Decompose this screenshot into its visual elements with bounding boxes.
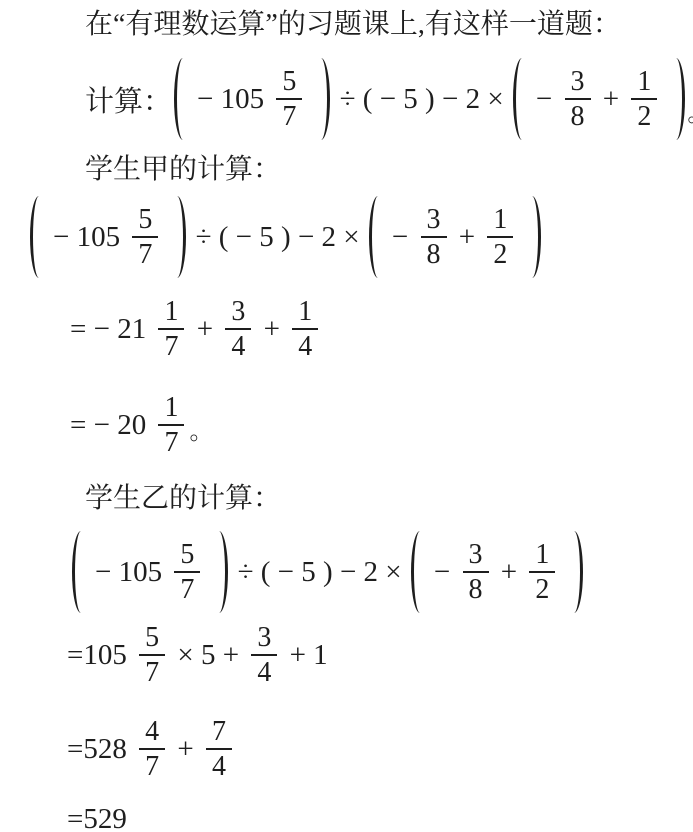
big-paren-close-icon <box>312 58 330 140</box>
numerator: 3 <box>421 204 447 236</box>
math-text: 计算： <box>85 79 172 120</box>
math-text: − <box>536 83 560 116</box>
numerator: 5 <box>174 539 200 571</box>
problem-formula: 计算：− 105 57 ÷ ( − 5 ) − 2 × − 38 + 12。 <box>85 58 693 140</box>
math-text: = − 20 <box>70 409 153 442</box>
math-text: =529 <box>67 803 127 832</box>
fraction: 12 <box>529 539 555 605</box>
math-text: =528 <box>67 733 134 766</box>
math-text: × 5 + <box>170 639 246 672</box>
numerator: 1 <box>158 296 184 328</box>
denominator: 7 <box>158 328 184 362</box>
math-text: ÷ ( − 5 ) − 2 × <box>188 221 367 254</box>
fraction: 57 <box>132 204 158 270</box>
big-paren-close-icon <box>523 196 541 278</box>
math-text: + 1 <box>282 639 327 672</box>
denominator: 2 <box>631 98 657 132</box>
math-text: + <box>452 221 483 254</box>
full-stop-mark: 。 <box>687 93 693 128</box>
math-text: ÷ ( − 5 ) − 2 × <box>230 556 409 589</box>
math-text: − 105 <box>53 221 127 254</box>
math-text: + <box>596 83 627 116</box>
math-text: ÷ ( − 5 ) − 2 × <box>332 83 511 116</box>
big-paren-open-icon <box>369 196 387 278</box>
fraction: 34 <box>225 296 251 362</box>
denominator: 7 <box>139 654 165 688</box>
denominator: 8 <box>565 98 591 132</box>
denominator: 4 <box>292 328 318 362</box>
numerator: 3 <box>251 622 277 654</box>
numerator: 1 <box>487 204 513 236</box>
big-paren-open-icon <box>513 58 531 140</box>
denominator: 8 <box>463 571 489 605</box>
document-lines: 在“有理数运算”的习题课上,有这样一道题：计算：− 105 57 ÷ ( − 5… <box>0 8 693 832</box>
numerator: 3 <box>225 296 251 328</box>
student-a-formula: − 105 57 ÷ ( − 5 ) − 2 × − 38 + 12 <box>28 196 693 278</box>
fraction: 12 <box>631 66 657 132</box>
big-paren-open-icon <box>30 196 48 278</box>
student-b-step-3: =529 <box>67 803 693 832</box>
intro-text: 在“有理数运算”的习题课上,有这样一道题： <box>85 8 693 42</box>
big-paren-close-icon <box>667 58 685 140</box>
math-text: − <box>392 221 416 254</box>
denominator: 4 <box>225 328 251 362</box>
math-text: − 105 <box>197 83 271 116</box>
numerator: 1 <box>158 392 184 424</box>
denominator: 2 <box>529 571 555 605</box>
fraction: 38 <box>565 66 591 132</box>
numerator: 4 <box>139 716 165 748</box>
numerator: 1 <box>529 539 555 571</box>
student-b-formula: − 105 57 ÷ ( − 5 ) − 2 × − 38 + 12 <box>70 531 693 613</box>
big-paren-open-icon <box>411 531 429 613</box>
numerator: 7 <box>206 716 232 748</box>
numerator: 1 <box>292 296 318 328</box>
student-a-step-2: = − 20 17。 <box>70 392 693 458</box>
fraction: 57 <box>276 66 302 132</box>
big-paren-close-icon <box>210 531 228 613</box>
denominator: 7 <box>139 748 165 782</box>
numerator: 1 <box>631 66 657 98</box>
fraction: 34 <box>251 622 277 688</box>
denominator: 7 <box>158 424 184 458</box>
numerator: 3 <box>565 66 591 98</box>
student-a-heading: 学生甲的计算： <box>85 153 693 187</box>
math-text: =105 <box>67 639 134 672</box>
numerator: 5 <box>276 66 302 98</box>
fraction: 17 <box>158 296 184 362</box>
fraction: 14 <box>292 296 318 362</box>
denominator: 7 <box>276 98 302 132</box>
math-text: + <box>170 733 201 766</box>
fraction: 57 <box>139 622 165 688</box>
denominator: 2 <box>487 236 513 270</box>
math-text: − <box>434 556 458 589</box>
fraction: 47 <box>139 716 165 782</box>
numerator: 3 <box>463 539 489 571</box>
student-a-step-1: = − 21 17 + 34 + 14 <box>70 296 693 362</box>
fraction: 17 <box>158 392 184 458</box>
big-paren-close-icon <box>565 531 583 613</box>
math-text: = − 21 <box>70 313 153 346</box>
math-text: − 105 <box>95 556 169 589</box>
big-paren-close-icon <box>168 196 186 278</box>
big-paren-open-icon <box>174 58 192 140</box>
denominator: 4 <box>206 748 232 782</box>
denominator: 7 <box>132 236 158 270</box>
math-text: + <box>256 313 287 346</box>
student-b-step-2: =528 47 + 74 <box>67 716 693 782</box>
student-b-heading: 学生乙的计算： <box>85 482 693 516</box>
fraction: 12 <box>487 204 513 270</box>
student-b-step-1: =105 57 × 5 + 34 + 1 <box>67 622 693 688</box>
big-paren-open-icon <box>72 531 90 613</box>
numerator: 5 <box>132 204 158 236</box>
fraction: 57 <box>174 539 200 605</box>
math-text: + <box>189 313 220 346</box>
math-text: + <box>494 556 525 589</box>
denominator: 8 <box>421 236 447 270</box>
fraction: 74 <box>206 716 232 782</box>
denominator: 4 <box>251 654 277 688</box>
fraction: 38 <box>421 204 447 270</box>
math-document: 在“有理数运算”的习题课上,有这样一道题：计算：− 105 57 ÷ ( − 5… <box>0 0 693 832</box>
full-stop-mark: 。 <box>189 411 213 446</box>
fraction: 38 <box>463 539 489 605</box>
numerator: 5 <box>139 622 165 654</box>
denominator: 7 <box>174 571 200 605</box>
